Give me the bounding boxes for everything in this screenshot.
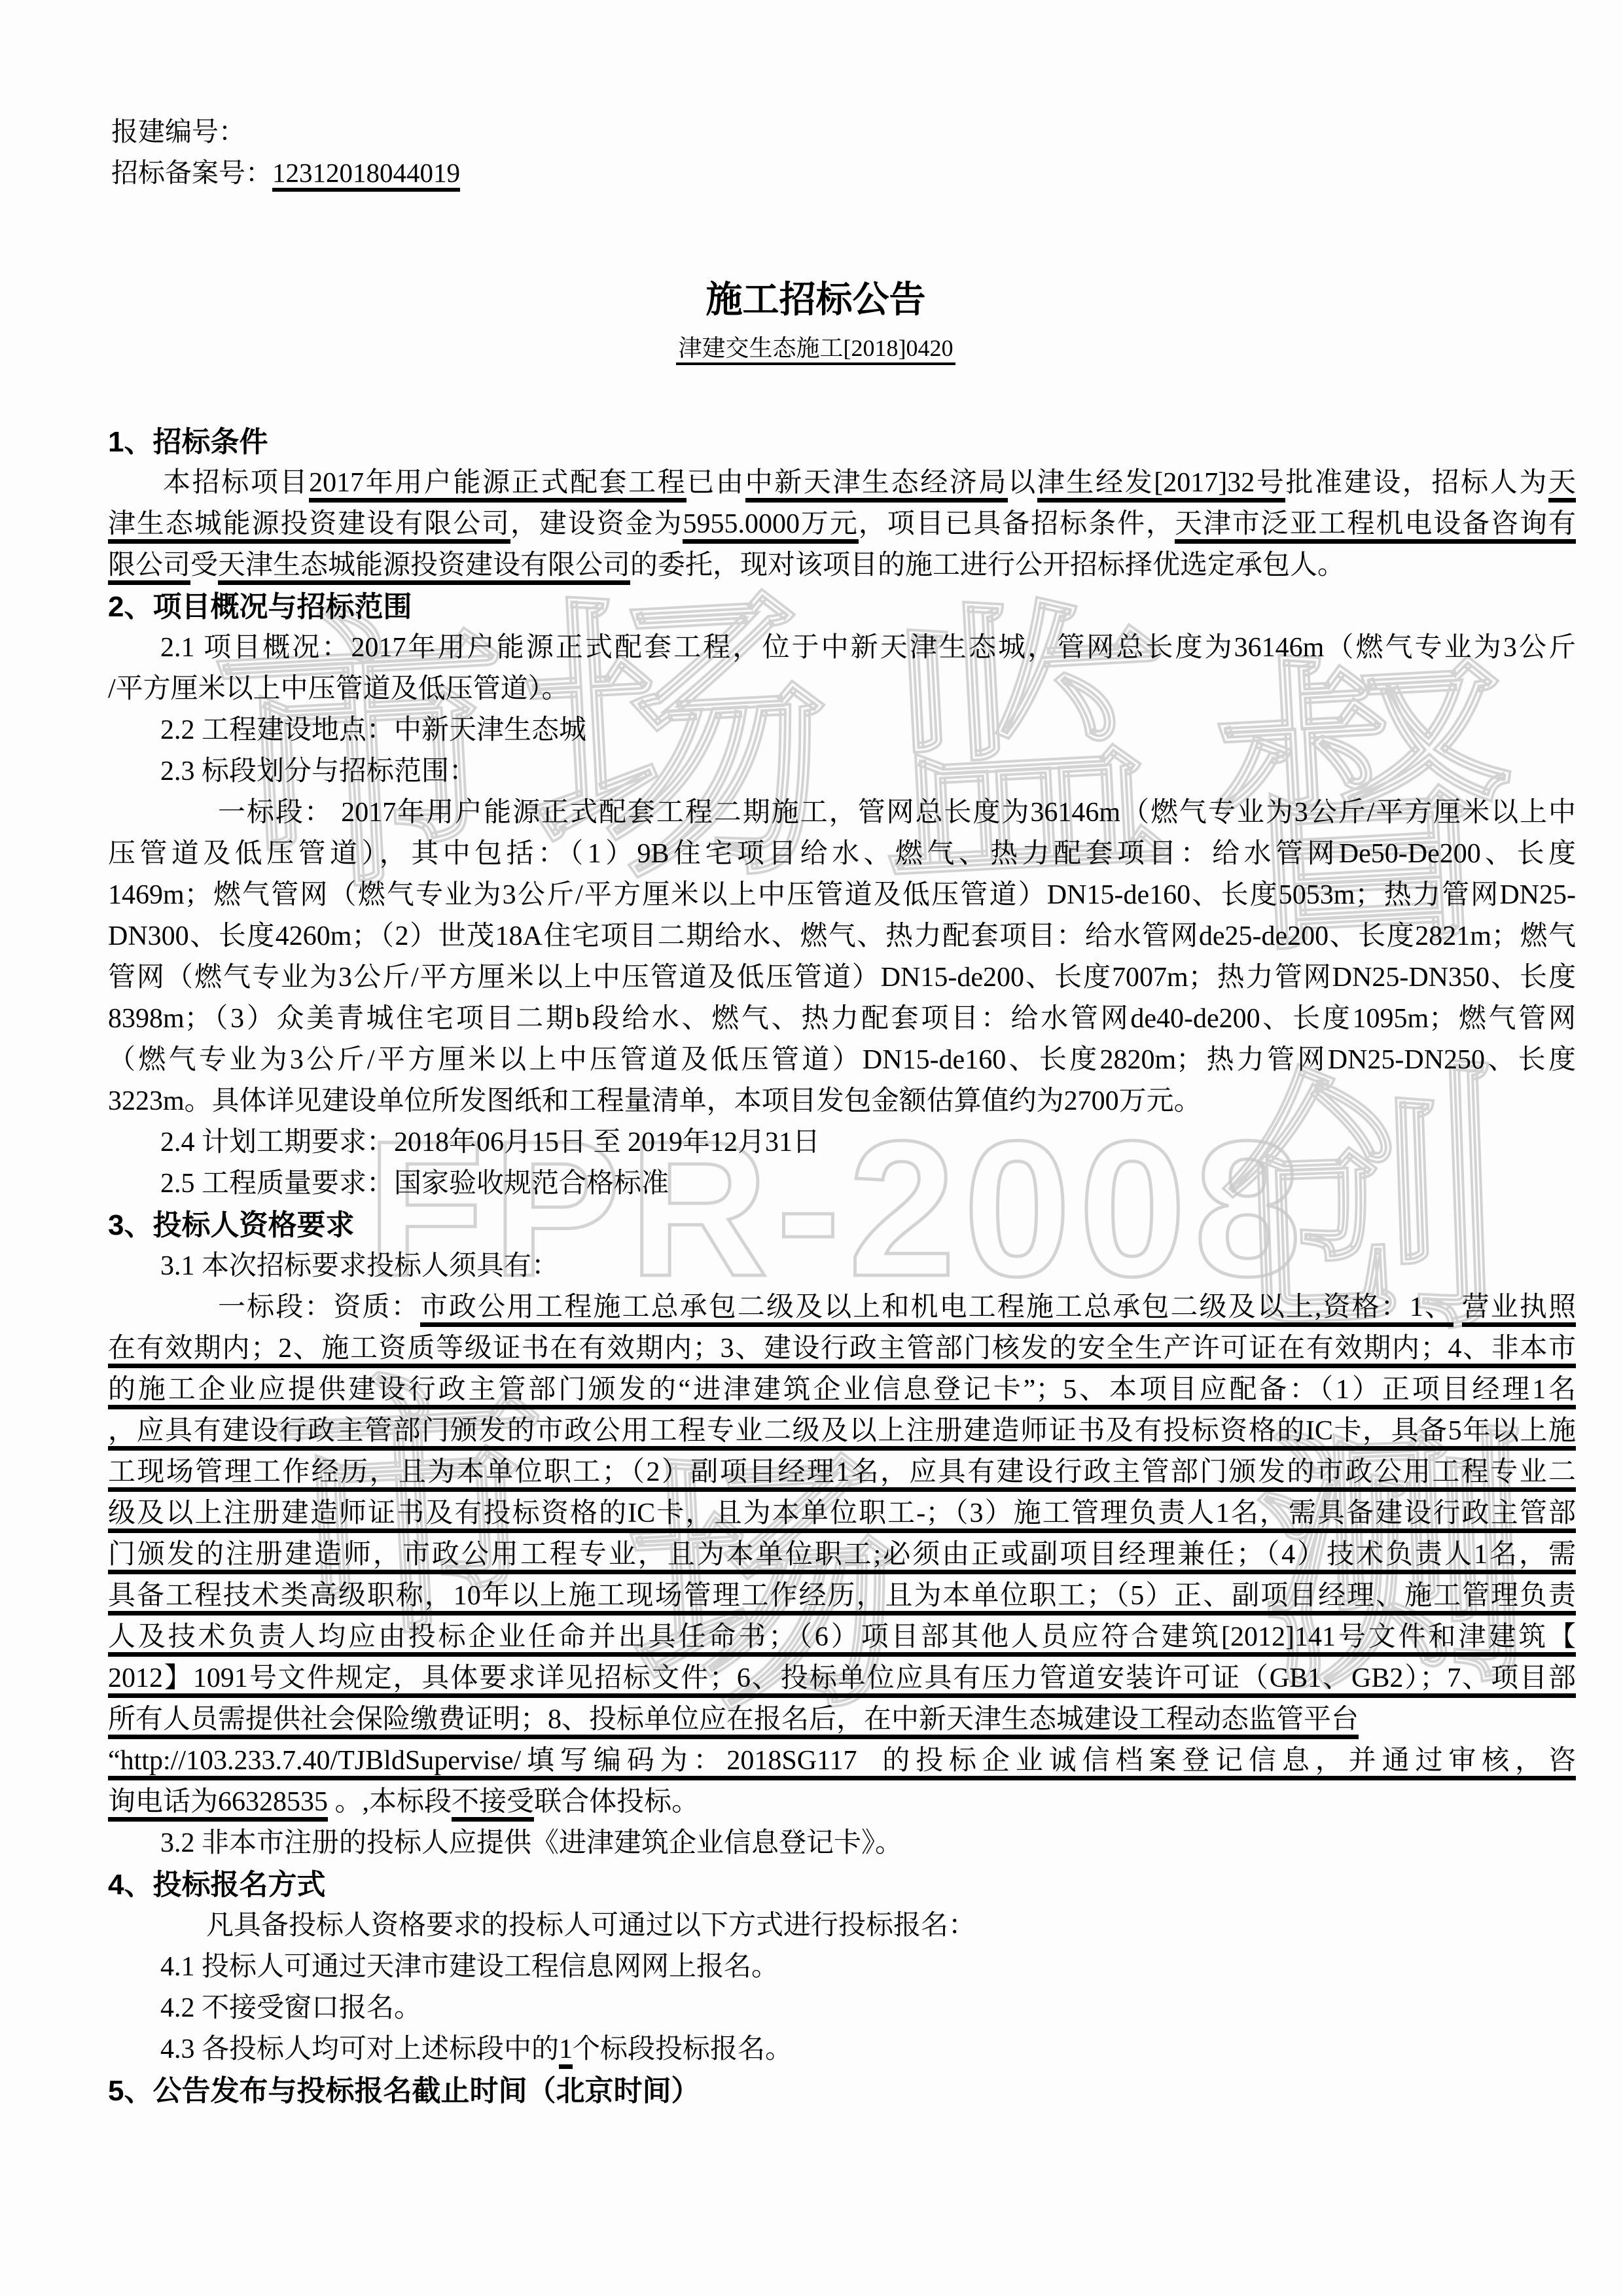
underlined-text: 限公司 (108, 550, 190, 585)
text-line: /平方厘米以上中压管道及低压管道）。 (108, 669, 1576, 710)
plain-text: 2.2 工程建设地点：中新天津生态城 (160, 715, 586, 745)
underlined-text: 天津市泛亚工程机电设备咨询有 (1175, 509, 1576, 544)
plain-text: DN300、长度4260m；（2）世茂18A住宅项目二期给水、燃气、热力配套项目… (108, 921, 1576, 951)
underlined-text: 级及以上注册建造师证书及有投标资格的IC卡，且为本单位职工-；（3）施工管理负责… (108, 1498, 1576, 1533)
text-line: 2.5 工程质量要求：国家验收规范合格标准 (108, 1163, 1576, 1205)
underlined-text: 不接受 (452, 1787, 534, 1822)
plain-text: 压管道及低压管道），其中包括：（1）9B住宅项目给水、燃气、热力配套项目：给水管… (108, 839, 1576, 869)
text-line: “http://103.233.7.40/TJBldSupervise/填写编码… (108, 1740, 1576, 1782)
underlined-text: ，应具有建设行政主管部门颁发的市政公用工程专业二级及以上注册建造师证书及有投标资… (108, 1416, 1576, 1451)
text-line: 凡具备投标人资格要求的投标人可通过以下方式进行投标报名： (108, 1905, 1576, 1947)
filing-number-line: 招标备案号：12312018044019 (108, 152, 1576, 194)
text-line: 2.2 工程建设地点：中新天津生态城 (108, 710, 1576, 751)
filing-number-value: 12312018044019 (272, 158, 460, 192)
text-line: 所有人员需提供社会保险缴费证明；8、投标单位应在报名后，在中新天津生态城建设工程… (108, 1699, 1576, 1740)
plain-text: 凡具备投标人资格要求的投标人可通过以下方式进行投标报名： (206, 1911, 976, 1941)
plain-text: 的委托，现对该项目的施工进行公开招标择优选定承包人。 (630, 550, 1345, 580)
plain-text: 一标段： 2017年用户能源正式配套工程二期施工，管网总长度为36146m（燃气… (218, 798, 1576, 828)
text-line: 工现场管理工作经历，且为本单位职工；（2）副项目经理1名，应具有建设行政主管部门… (108, 1452, 1576, 1493)
text-line: 4.2 不接受窗口报名。 (108, 1988, 1576, 2029)
text-line: 一标段：资质：市政公用工程施工总承包二级及以上和机电工程施工总承包二级及以上,资… (108, 1287, 1576, 1328)
text-line: （燃气专业为3公斤/平方厘米以上中压管道及低压管道）DN15-de160、长度2… (108, 1040, 1576, 1081)
document-number: 津建交生态施工[2018]0420 (676, 335, 956, 365)
document-page: 报建编号： 招标备案号：12312018044019 施工招标公告 津建交生态施… (108, 111, 1576, 2111)
underlined-text: 门颁发的注册建造师，市政公用工程专业，且为本单位职工;必须由正或副项目经理兼任；… (108, 1540, 1576, 1574)
text-line: 压管道及低压管道），其中包括：（1）9B住宅项目给水、燃气、热力配套项目：给水管… (108, 834, 1576, 875)
text-line: 2.3 标段划分与招标范围： (108, 751, 1576, 792)
text-line: 2.4 计划工期要求：2018年06月15日 至 2019年12月31日 (108, 1122, 1576, 1163)
plain-text: 个标段投标报名。 (573, 2034, 793, 2064)
text-line: 的施工企业应提供建设行政主管部门颁发的“进津建筑企业信息登记卡”；5、本项目应配… (108, 1369, 1576, 1411)
text-line: 4.3 各投标人均可对上述标段中的1个标段投标报名。 (108, 2029, 1576, 2070)
plain-text: 3.1 本次招标要求投标人须具有： (160, 1251, 559, 1281)
text-line: 限公司受天津生态城能源投资建设有限公司的委托，现对该项目的施工进行公开招标择优选… (108, 545, 1576, 586)
underlined-text: 5955.0000万元 (683, 509, 858, 544)
underlined-text: 1 (559, 2034, 573, 2069)
underlined-text: 天 (1548, 468, 1576, 503)
underlined-text: “http://103.233.7.40/TJBldSupervise/填写编码… (108, 1746, 1576, 1780)
section-heading: 3、投标人资格要求 (108, 1205, 1576, 1246)
report-number-label: 报建编号： (111, 116, 245, 147)
section-heading: 1、招标条件 (108, 421, 1576, 463)
section-heading: 5、公告发布与投标报名截止时间（北京时间） (108, 2070, 1576, 2111)
text-line: 本招标项目2017年用户能源正式配套工程已由中新天津生态经济局以津生经发[201… (108, 463, 1576, 504)
text-line: 1469m；燃气管网（燃气专业为3公斤/平方厘米以上中压管道及低压管道）DN15… (108, 875, 1576, 916)
text-line: 津生态城能源投资建设有限公司，建设资金为5955.0000万元，项目已具备招标条… (108, 504, 1576, 545)
plain-text: 2.4 计划工期要求：2018年06月15日 至 2019年12月31日 (160, 1127, 820, 1157)
plain-text: 2.3 标段划分与招标范围： (160, 756, 476, 786)
plain-text: 一标段：资质： (218, 1292, 420, 1322)
underlined-text: 询电话为66328535 (108, 1787, 328, 1822)
section-heading: 4、投标报名方式 (108, 1864, 1576, 1905)
text-line: 2.1 项目概况：2017年用户能源正式配套工程，位于中新天津生态城，管网总长度… (108, 627, 1576, 669)
plain-text: ，建设资金为 (510, 509, 683, 539)
plain-text: 已由 (687, 468, 745, 498)
underlined-text: 营业执照 (1462, 1292, 1576, 1327)
underlined-text: 中新天津生态经济局 (745, 468, 1008, 503)
plain-text: （燃气专业为3公斤/平方厘米以上中压管道及低压管道）DN15-de160、长度2… (108, 1045, 1576, 1075)
underlined-text: 所有人员需提供社会保险缴费证明；8、投标单位应在报名后，在中新天津生态城建设工程… (108, 1704, 1359, 1739)
plain-text: /平方厘米以上中压管道及低压管道）。 (108, 674, 569, 704)
text-line: 人及技术负责人均应由投标企业任命并出具任命书；（6）项目部其他人员应符合建筑[2… (108, 1617, 1576, 1658)
text-line: 询电话为66328535 。,本标段不接受联合体投标。 (108, 1782, 1576, 1823)
plain-text: 2.1 项目概况：2017年用户能源正式配套工程，位于中新天津生态城，管网总长度… (160, 633, 1576, 663)
underlined-text: 天津生态城能源投资建设有限公司 (218, 550, 630, 585)
underlined-text: 在有效期内；2、施工资质等级证书在有效期内；3、建设行政主管部门核发的安全生产许… (108, 1333, 1576, 1368)
plain-text: 批准建设，招标人为 (1285, 468, 1548, 498)
plain-text: ，项目已具备招标条件， (859, 509, 1175, 539)
document-body: 1、招标条件本招标项目2017年用户能源正式配套工程已由中新天津生态经济局以津生… (108, 421, 1576, 2111)
underlined-text: 工现场管理工作经历，且为本单位职工；（2）副项目经理1名，应具有建设行政主管部门… (108, 1457, 1576, 1492)
text-line: 2012】1091号文件规定，具体要求详见招标文件；6、投标单位应具有压力管道安… (108, 1658, 1576, 1699)
plain-text (1454, 1292, 1462, 1322)
plain-text: 本招标项目 (163, 468, 309, 498)
text-line: 管网（燃气专业为3公斤/平方厘米以上中压管道及低压管道）DN15-de200、长… (108, 957, 1576, 998)
plain-text: 受 (190, 550, 218, 580)
text-line: 在有效期内；2、施工资质等级证书在有效期内；3、建设行政主管部门核发的安全生产许… (108, 1328, 1576, 1369)
underlined-text: 具备工程技术类高级职称，10年以上施工现场管理工作经历，且为本单位职工；（5）正… (108, 1581, 1576, 1616)
underlined-text: 2012】1091号文件规定，具体要求详见招标文件；6、投标单位应具有压力管道安… (108, 1663, 1576, 1698)
plain-text: 以 (1008, 468, 1037, 498)
text-line: 一标段： 2017年用户能源正式配套工程二期施工，管网总长度为36146m（燃气… (108, 792, 1576, 834)
document-number-line: 津建交生态施工[2018]0420 (56, 327, 1576, 369)
underlined-text: 津生经发[2017]32号 (1037, 468, 1286, 503)
text-line: ，应具有建设行政主管部门颁发的市政公用工程专业二级及以上注册建造师证书及有投标资… (108, 1411, 1576, 1452)
underlined-text: 的施工企业应提供建设行政主管部门颁发的“进津建筑企业信息登记卡”；5、本项目应配… (108, 1375, 1576, 1409)
underlined-text: 人及技术负责人均应由投标企业任命并出具任命书；（6）项目部其他人员应符合建筑[2… (108, 1622, 1576, 1657)
text-line: 8398m；（3）众美青城住宅项目二期b段给水、燃气、热力配套项目：给水管网de… (108, 998, 1576, 1040)
text-line: 4.1 投标人可通过天津市建设工程信息网网上报名。 (108, 1947, 1576, 1988)
underlined-text: 市政公用工程施工总承包二级及以上和机电工程施工总承包二级及以上,资格：1、 (420, 1292, 1454, 1327)
text-line: 门颁发的注册建造师，市政公用工程专业，且为本单位职工;必须由正或副项目经理兼任；… (108, 1534, 1576, 1576)
plain-text: 8398m；（3）众美青城住宅项目二期b段给水、燃气、热力配套项目：给水管网de… (108, 1004, 1576, 1034)
plain-text: 本标段 (369, 1787, 452, 1817)
plain-text: 3223m。具体详见建设单位所发图纸和工程量清单，本项目发包金额估算值约为270… (108, 1086, 1202, 1116)
text-line: DN300、长度4260m；（2）世茂18A住宅项目二期给水、燃气、热力配套项目… (108, 916, 1576, 957)
underlined-text: 2017年用户能源正式配套工程 (309, 468, 687, 503)
plain-text: 管网（燃气专业为3公斤/平方厘米以上中压管道及低压管道）DN15-de200、长… (108, 963, 1576, 993)
text-line: 3.1 本次招标要求投标人须具有： (108, 1246, 1576, 1287)
plain-text: 4.1 投标人可通过天津市建设工程信息网网上报名。 (160, 1952, 779, 1982)
plain-text: 2.5 工程质量要求：国家验收规范合格标准 (160, 1169, 669, 1199)
document-title: 施工招标公告 (56, 272, 1576, 327)
text-line: 具备工程技术类高级职称，10年以上施工现场管理工作经历，且为本单位职工；（5）正… (108, 1576, 1576, 1617)
plain-text: 联合体投标。 (534, 1787, 699, 1817)
underlined-text: 津生态城能源投资建设有限公司 (108, 509, 510, 544)
text-line: 3.2 非本市注册的投标人应提供《进津建筑企业信息登记卡》。 (108, 1823, 1576, 1864)
report-number-line: 报建编号： (108, 111, 1576, 152)
plain-text: 。, (328, 1787, 369, 1817)
filing-number-label: 招标备案号： (111, 158, 272, 188)
plain-text: 1469m；燃气管网（燃气专业为3公斤/平方厘米以上中压管道及低压管道）DN15… (108, 880, 1576, 910)
text-line: 3223m。具体详见建设单位所发图纸和工程量清单，本项目发包金额估算值约为270… (108, 1081, 1576, 1122)
plain-text: 4.3 各投标人均可对上述标段中的 (160, 2034, 559, 2064)
section-heading: 2、项目概况与招标范围 (108, 586, 1576, 627)
plain-text: 4.2 不接受窗口报名。 (160, 1993, 421, 2023)
plain-text: 3.2 非本市注册的投标人应提供《进津建筑企业信息登记卡》。 (160, 1828, 902, 1858)
text-line: 级及以上注册建造师证书及有投标资格的IC卡，且为本单位职工-；（3）施工管理负责… (108, 1493, 1576, 1534)
